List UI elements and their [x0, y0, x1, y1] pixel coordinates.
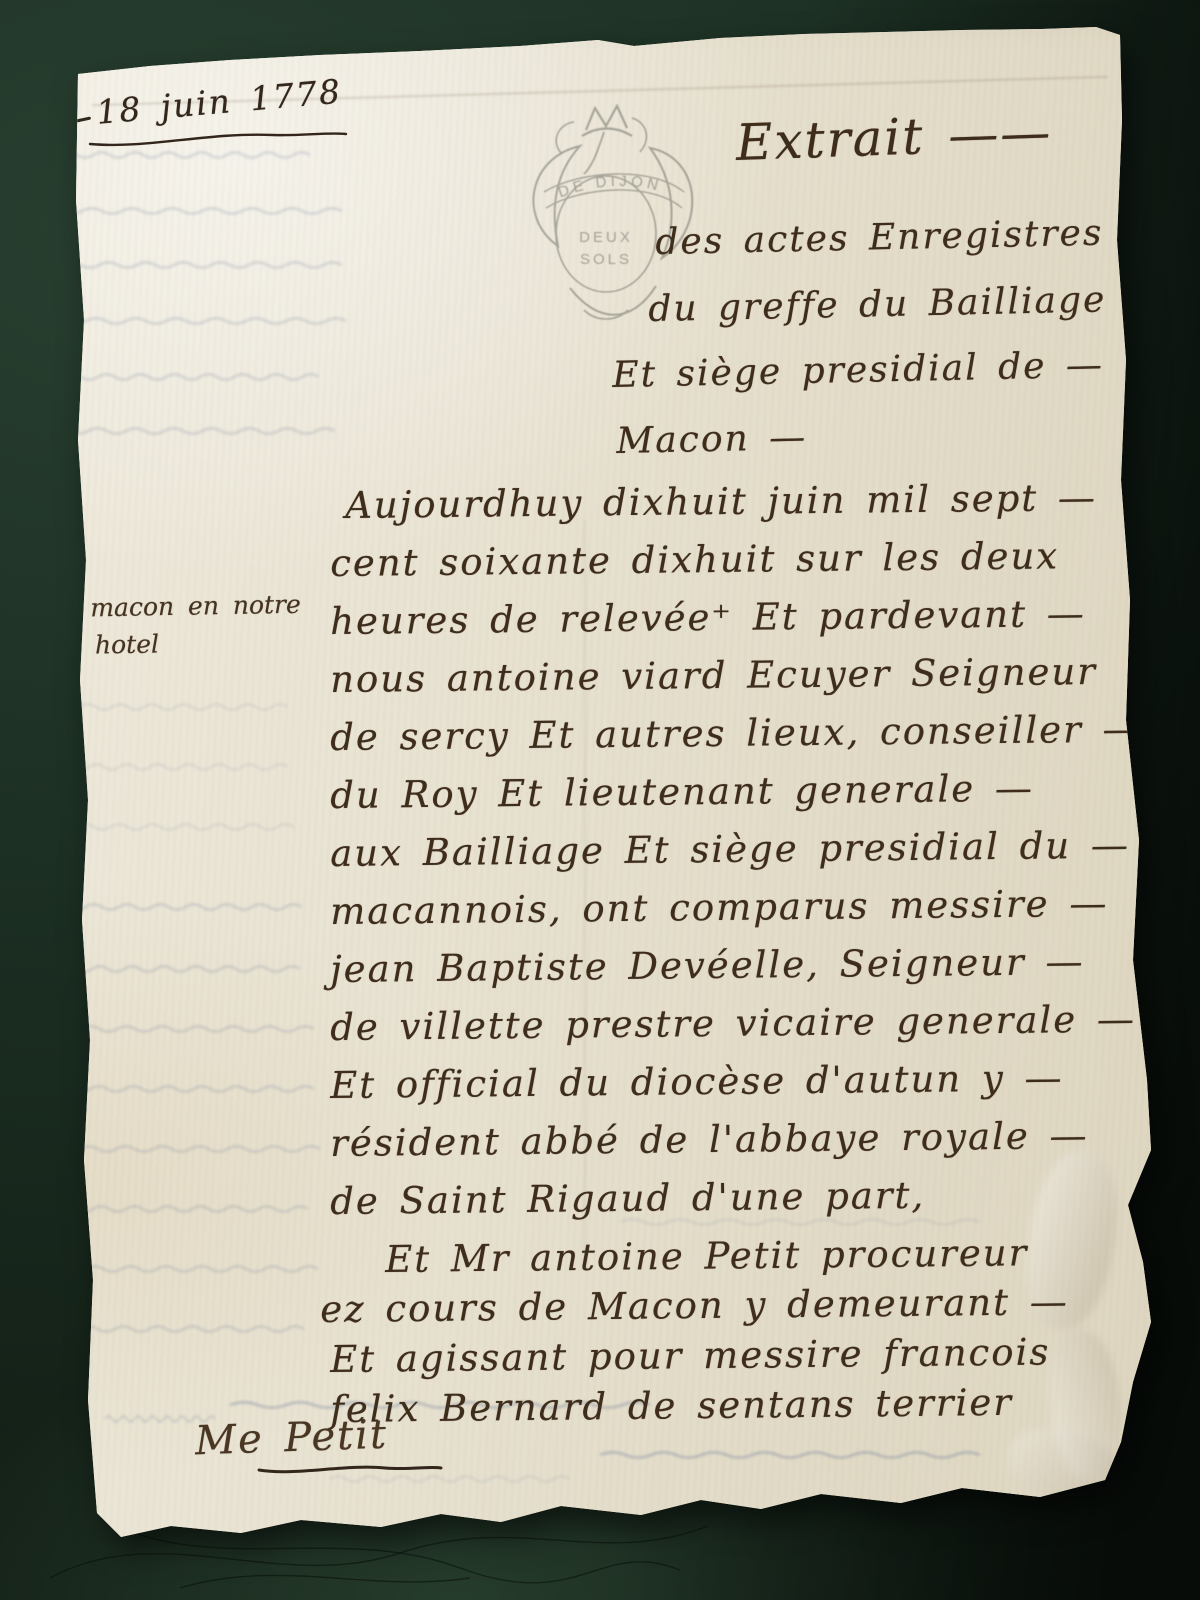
stamp-value-line1: DEUX: [579, 229, 633, 246]
bleedthrough-text: [62, 258, 342, 272]
body-line: de villette prestre vicaire generale —: [330, 1001, 1136, 1046]
photo-scene: 18 juin 1778: [0, 0, 1200, 1600]
stamp-crown: [582, 106, 632, 136]
bleedthrough-text: [64, 370, 319, 384]
bleedthrough-text: [600, 1448, 980, 1462]
body-line: aux Bailliage Et siège presidial du —: [330, 827, 1130, 872]
bleedthrough-text: [48, 700, 288, 714]
bleedthrough-text: [50, 1262, 318, 1276]
body-line: de Saint Rigaud d'une part,: [330, 1177, 925, 1220]
bleedthrough-text: [60, 962, 300, 976]
bleedthrough-text: [42, 204, 342, 218]
margin-note-line: hotel: [95, 631, 159, 657]
signature-flourish: [255, 1458, 445, 1478]
heading-line: des actes Enregistres: [655, 216, 1104, 261]
heading-line: Et siège presidial de —: [612, 348, 1104, 394]
bleedthrough-text: [60, 1202, 308, 1216]
body-line: Et Mr antoine Petit procureur: [385, 1234, 1028, 1278]
heading-line: du greffe du Bailliage: [648, 282, 1107, 328]
body-line: nous antoine viard Ecuyer Seigneur: [330, 653, 1097, 698]
bleedthrough-text: [46, 1322, 304, 1336]
date-note: 18 juin 1778: [95, 75, 343, 129]
stamp-value-line2: SOLS: [580, 251, 632, 268]
body-line: Et agissant pour messire francois: [330, 1333, 1051, 1378]
body-line: macannois, ont comparus messire —: [330, 885, 1109, 930]
body-line: Et official du diocèse d'autun y —: [330, 1059, 1064, 1104]
bleedthrough-text: [46, 1022, 314, 1036]
paper-wrap: 18 juin 1778: [0, 0, 1200, 1600]
heading-line: Macon —: [616, 420, 808, 460]
body-line: du Roy Et lieutenant generale —: [330, 770, 1034, 814]
bleedthrough-text: [42, 1142, 320, 1156]
body-line: Aujourdhuy dixhuit juin mil sept —: [345, 479, 1097, 524]
body-line: de sercy Et autres lieux, conseiller —: [330, 711, 1142, 756]
body-line: résident abbé de l'abbaye royale —: [330, 1117, 1089, 1162]
bleedthrough-text: [56, 1082, 314, 1096]
paper-sheet: 18 juin 1778: [0, 0, 1200, 1600]
heading-title: Extrait ——: [735, 107, 1053, 168]
body-line: ez cours de Macon y demeurant —: [320, 1283, 1069, 1328]
signature: Me Petit: [194, 1415, 388, 1462]
bleedthrough-text: [46, 314, 346, 328]
body-line: felix Bernard de sentans terrier: [330, 1384, 1013, 1428]
body-line: heures de relevée⁺ Et pardevant —: [330, 595, 1086, 640]
bleedthrough-text: [44, 820, 294, 834]
bleedthrough-text: [52, 900, 302, 914]
bleedthrough-text: [58, 760, 288, 774]
date-underline-flourish: [88, 122, 350, 150]
body-line: jean Baptiste Devéelle, Seigneur —: [330, 943, 1085, 988]
bleedthrough-text: [60, 148, 310, 162]
bleedthrough-text: [50, 424, 335, 438]
margin-note-line: † a macon en notre: [35, 592, 301, 622]
body-line: cent soixante dixhuit sur les deux: [330, 537, 1059, 582]
